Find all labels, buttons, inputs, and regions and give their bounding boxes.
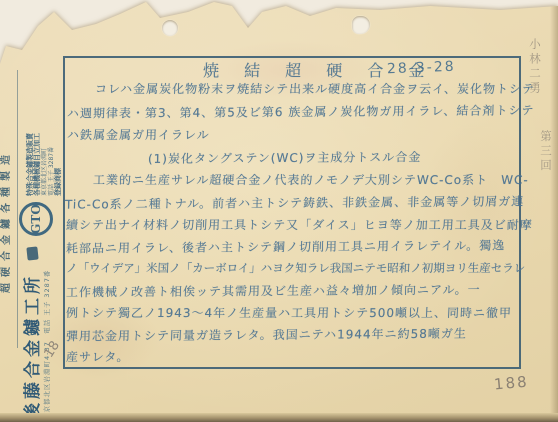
paper-bottom-edge (0, 413, 558, 422)
logo-letters: GTO (29, 204, 43, 234)
company-logo-monogram-icon: GTO (19, 202, 53, 236)
letterhead-info-line: 登録商標 (55, 78, 62, 196)
letterhead-info-block: 特殊合金鑢製造販賣 各種機械鑢目立加工 東京都北区岩淵町 電話 王子 3287番… (27, 78, 62, 196)
body-line: 産サレタ。 (66, 348, 130, 365)
body-line: TiC-Co系ノ二種トナル。前者ハ主トシテ鋳鉄、非鉄金属、非金属等ノ切屑ガ連 (65, 192, 525, 212)
body-line: 例トシテ獨乙ノ1943〜4年ノ生産量ハ工具用トシテ500噸以上、同時ニ徹甲 (66, 304, 513, 321)
scanned-document: 超硬合金鑢各種製造 特殊合金鑢製造販賣 各種機械鑢目立加工 東京都北区岩淵町 電… (0, 0, 558, 422)
company-address-phone: 東京都北区岩淵町4-37 電話 王子 3287番 (43, 250, 51, 420)
punch-hole (162, 20, 178, 36)
paper-edge-shadow (550, 0, 558, 422)
body-line: 續シテ出ナイ材料ノ切削用工具トシテ又「ダイス」ヒヨ等ノ加工用工具及ビ耐摩 (66, 216, 533, 233)
letterhead-divider-line (17, 70, 18, 348)
body-line: ハ週期律表・第3、第4、第5及ビ第6 族金属ノ炭化物ガ用イラレ、結合剤トシテ (67, 101, 535, 121)
body-line: 彈用芯金用トシテ同量ガ造ラレタ。我国ニテハ1944年ニ約58噸ガ生 (66, 325, 467, 345)
company-name-block: 後藤合金鑢工所 東京都北区岩淵町4-37 電話 王子 3287番 (24, 250, 51, 420)
body-line: 工作機械ノ改善ト相俟ッテ其需用及ビ生産ハ益々増加ノ傾向ニアル。一 (66, 281, 481, 301)
company-name: 後藤合金鑢工所 (24, 250, 43, 420)
body-line: (1)炭化タングステン(WC)ヲ主成分トスル合金 (148, 148, 422, 167)
letterhead-info-line: 東京都北区岩淵町 (41, 78, 48, 196)
document-date: 28-3-28 (387, 59, 456, 77)
letterhead-edge-text: 超硬合金鑢各種製造 (0, 149, 12, 293)
body-line: 耗部品ニ用イラレ、後者ハ主トシテ鋼ノ切削用工具ニ用イラレテイル。獨逸 (66, 236, 506, 256)
punch-hole (352, 16, 370, 34)
paper-sheet: 超硬合金鑢各種製造 特殊合金鑢製造販賣 各種機械鑢目立加工 東京都北区岩淵町 電… (0, 0, 558, 422)
body-line: コレハ金属炭化物粉末ヲ焼結シテ出来ル硬度高イ合金ヲ云イ、炭化物トシテ (95, 80, 536, 97)
content-frame: 焼 結 超 硬 合 金 28-3-28 コレハ金属炭化物粉末ヲ焼結シテ出来ル硬度… (63, 56, 521, 369)
body-line: ハ鉄属金属ガ用イラレル (67, 126, 210, 143)
paper-wrap: 超硬合金鑢各種製造 特殊合金鑢製造販賣 各種機械鑢目立加工 東京都北区岩淵町 電… (0, 0, 558, 422)
body-line: ノ「ウイデア」米国ノ「カーボロイ」ハヨク知ラレ我国ニテモ昭和ノ初期ヨリ生産セラレ (66, 260, 526, 276)
body-line: 工業的ニ生産サレル超硬合金ノ代表的ノモノデ大別シテWC-Co系ト WC- (93, 171, 529, 188)
letterhead-info-line: 各種機械鑢目立加工 (34, 78, 41, 196)
page-number: 188 (493, 373, 529, 394)
